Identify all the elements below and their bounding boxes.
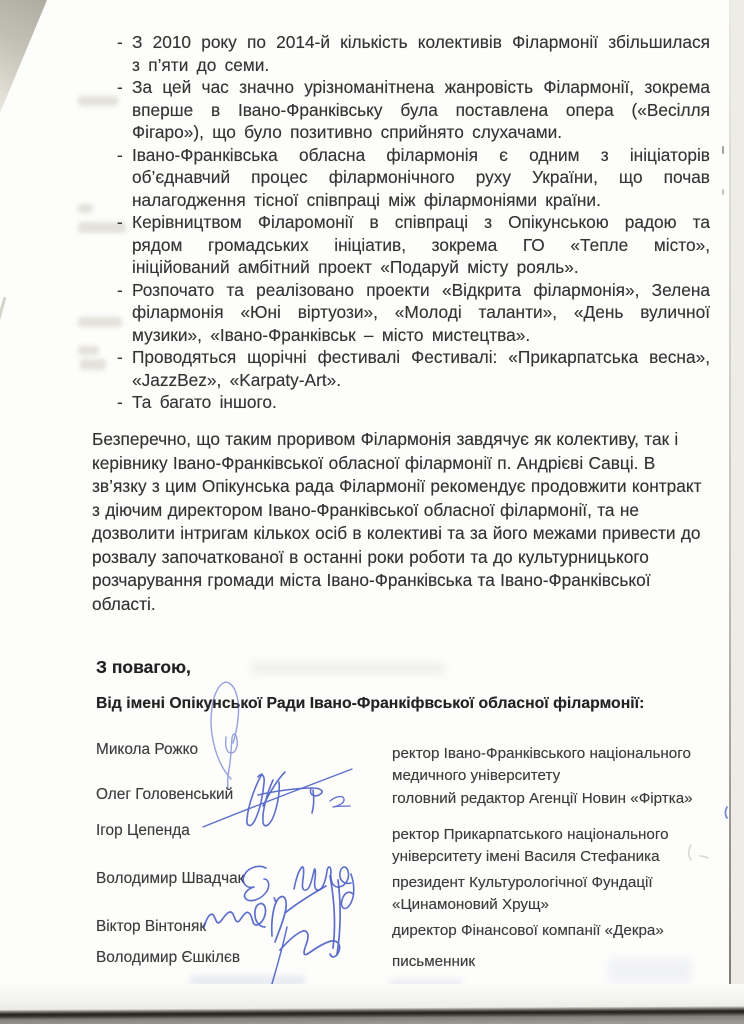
signatory-name: Олег Головенський xyxy=(96,786,233,804)
signatory-role: ректор Прикарпатського національного уні… xyxy=(392,824,714,867)
signatory-role: ректор Івано-Франківського національного… xyxy=(392,743,714,786)
ink-edge-mark xyxy=(726,807,728,818)
signatory-name: Віктор Вінтоняк xyxy=(96,918,206,936)
bullet-item: Керівництвом Філаромонії в співпраці з О… xyxy=(117,211,710,279)
scan-smudge xyxy=(78,96,118,106)
page-edge-line xyxy=(729,0,731,1024)
scan-smudge xyxy=(78,317,122,327)
closing-paragraph: Безперечно, що таким проривом Філармонія… xyxy=(92,428,708,616)
signatory-name: Володимир Швадчак xyxy=(96,870,244,888)
bullet-item: За цей час значно урізноманітнена жанров… xyxy=(117,76,710,144)
signatory-name: Микола Рожко xyxy=(96,741,198,759)
signatory-role: президент Культурологічної Фундації «Цин… xyxy=(392,872,714,915)
bullet-item: З 2010 року по 2014-й кількість колектив… xyxy=(117,31,710,76)
signatory-name: Володимир Єшкілєв xyxy=(96,949,240,967)
scan-edge-speck xyxy=(722,189,724,195)
signatory-role: директор Фінансової компанії «Декра» xyxy=(392,920,714,942)
scan-right-margin-strip xyxy=(731,0,744,1024)
scan-smudge xyxy=(78,204,93,213)
bullet-item: Проводяться щорічні фестивалі Фестивалі:… xyxy=(117,346,710,391)
signatory-name: Ігор Цепенда xyxy=(96,822,190,840)
scan-smudge xyxy=(250,662,445,675)
scan-left-streak xyxy=(0,297,7,344)
signatory-row: Ігор Цепенда ректор Прикарпатського наці… xyxy=(96,822,714,844)
signatory-row: Володимир Єшкілєв письменник xyxy=(96,949,714,971)
scan-smudge xyxy=(78,346,99,355)
scanned-letter-page: З 2010 року по 2014-й кількість колектив… xyxy=(0,0,744,1024)
signatory-row: Олег Головенський головний редактор Аген… xyxy=(96,786,714,808)
signatory-row: Микола Рожко ректор Івано-Франківського … xyxy=(96,741,714,763)
closing-salutation: З повагою, xyxy=(96,657,191,678)
bullet-list: З 2010 року по 2014-й кількість колектив… xyxy=(117,31,710,414)
bullet-item: Розпочато та реалізовано проекти «Відкри… xyxy=(117,279,710,347)
on-behalf-line: Від імені Опікунської Ради Івано-Франкіф… xyxy=(96,695,644,713)
bullet-item: Івано-Франківська обласна філармонія є о… xyxy=(117,144,710,212)
scan-bottom-edge xyxy=(0,1006,744,1024)
scan-edge-speck xyxy=(722,146,724,154)
signatory-role: письменник xyxy=(392,951,714,973)
signatory-row: Володимир Швадчак президент Культурологі… xyxy=(96,870,714,892)
signatory-row: Віктор Вінтоняк директор Фінансової комп… xyxy=(96,918,714,940)
scan-smudge xyxy=(80,359,106,370)
scan-corner-shadow xyxy=(0,0,54,120)
signatory-role: головний редактор Агенції Новин «Фіртка» xyxy=(392,788,714,810)
bullet-item: Та багато іншого. xyxy=(117,391,710,414)
